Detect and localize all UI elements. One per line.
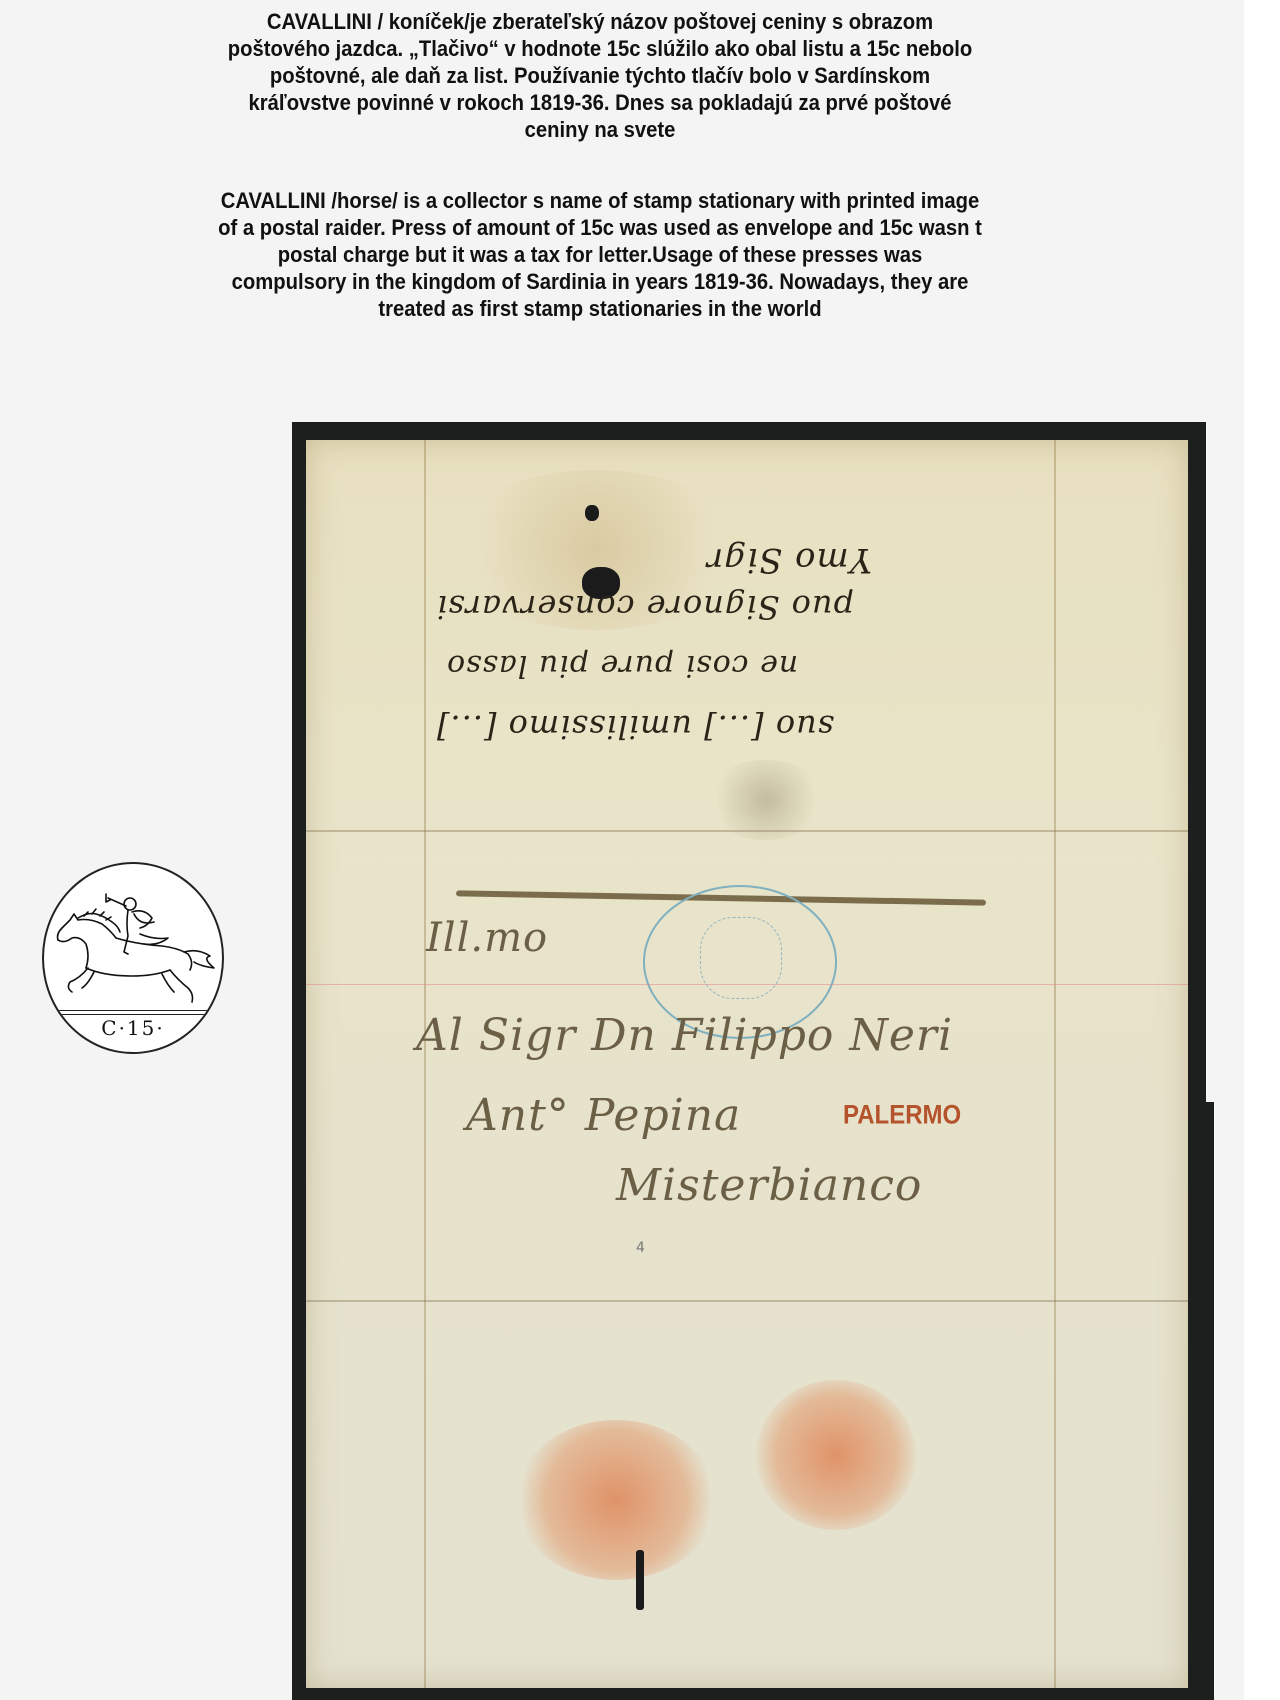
pencil-mark: 4: [636, 1240, 645, 1256]
page-margin: [1244, 0, 1280, 1700]
wax-seal-remnant: [756, 1380, 916, 1530]
horse-rider-icon: [700, 917, 782, 999]
cover-letter: Ymo Sigr puo Signore conservarsi ne cosi…: [292, 422, 1206, 1700]
address-line: Al Sigr Dn Filippo Neri: [416, 1010, 953, 1061]
caption-line: postal charge but it was a tax for lette…: [140, 241, 1060, 268]
caption-line: CAVALLINI / koníček/je zberateľský názov…: [140, 8, 1060, 35]
caption-line: ceniny na svete: [140, 116, 1060, 143]
handwriting-line: Ymo Sigr: [706, 540, 872, 580]
letter-paper: Ymo Sigr puo Signore conservarsi ne cosi…: [306, 440, 1188, 1688]
cavallino-stamp-illustration: C·15·: [42, 862, 224, 1054]
caption-line: kráľovstve povinné v rokoch 1819-36. Dne…: [140, 89, 1060, 116]
caption-slovak: CAVALLINI / koníček/je zberateľský názov…: [140, 8, 1060, 143]
handwriting-line: suo [...] umilissimo [...]: [436, 708, 834, 746]
address-line: Misterbianco: [616, 1160, 922, 1211]
fold-line: [1054, 440, 1056, 1688]
wax-seal-remnant: [516, 1420, 716, 1580]
caption-line: of a postal raider. Press of amount of 1…: [140, 214, 1060, 241]
palermo-postmark: PALERMO: [843, 1101, 961, 1132]
caption-line: poštovné, ale daň za list. Používanie tý…: [140, 62, 1060, 89]
fold-line: [306, 1300, 1188, 1302]
stamp-baseline: [52, 1010, 214, 1015]
fold-line: [424, 440, 426, 1688]
tear-mark: [636, 1550, 644, 1610]
paper-joint-line: [306, 984, 1188, 985]
caption-line: poštového jazdca. „Tlačivo“ v hodnote 15…: [140, 35, 1060, 62]
caption-line: CAVALLINI /horse/ is a collector s name …: [140, 187, 1060, 214]
stamp-value-label: C·15·: [44, 1016, 222, 1040]
age-stain: [706, 760, 826, 840]
handwriting-line: ne cosi pure piu lasso: [446, 648, 798, 683]
caption-english: CAVALLINI /horse/ is a collector s name …: [140, 187, 1060, 322]
handwriting-line: puo Signore conservarsi: [436, 588, 854, 626]
caption-line: compulsory in the kingdom of Sardinia in…: [140, 268, 1060, 295]
address-salutation: Ill.mo: [426, 915, 548, 961]
ink-blot: [585, 505, 599, 521]
caption-line: treated as first stamp stationaries in t…: [140, 295, 1060, 322]
address-line: Ant° Pepina: [466, 1090, 741, 1141]
